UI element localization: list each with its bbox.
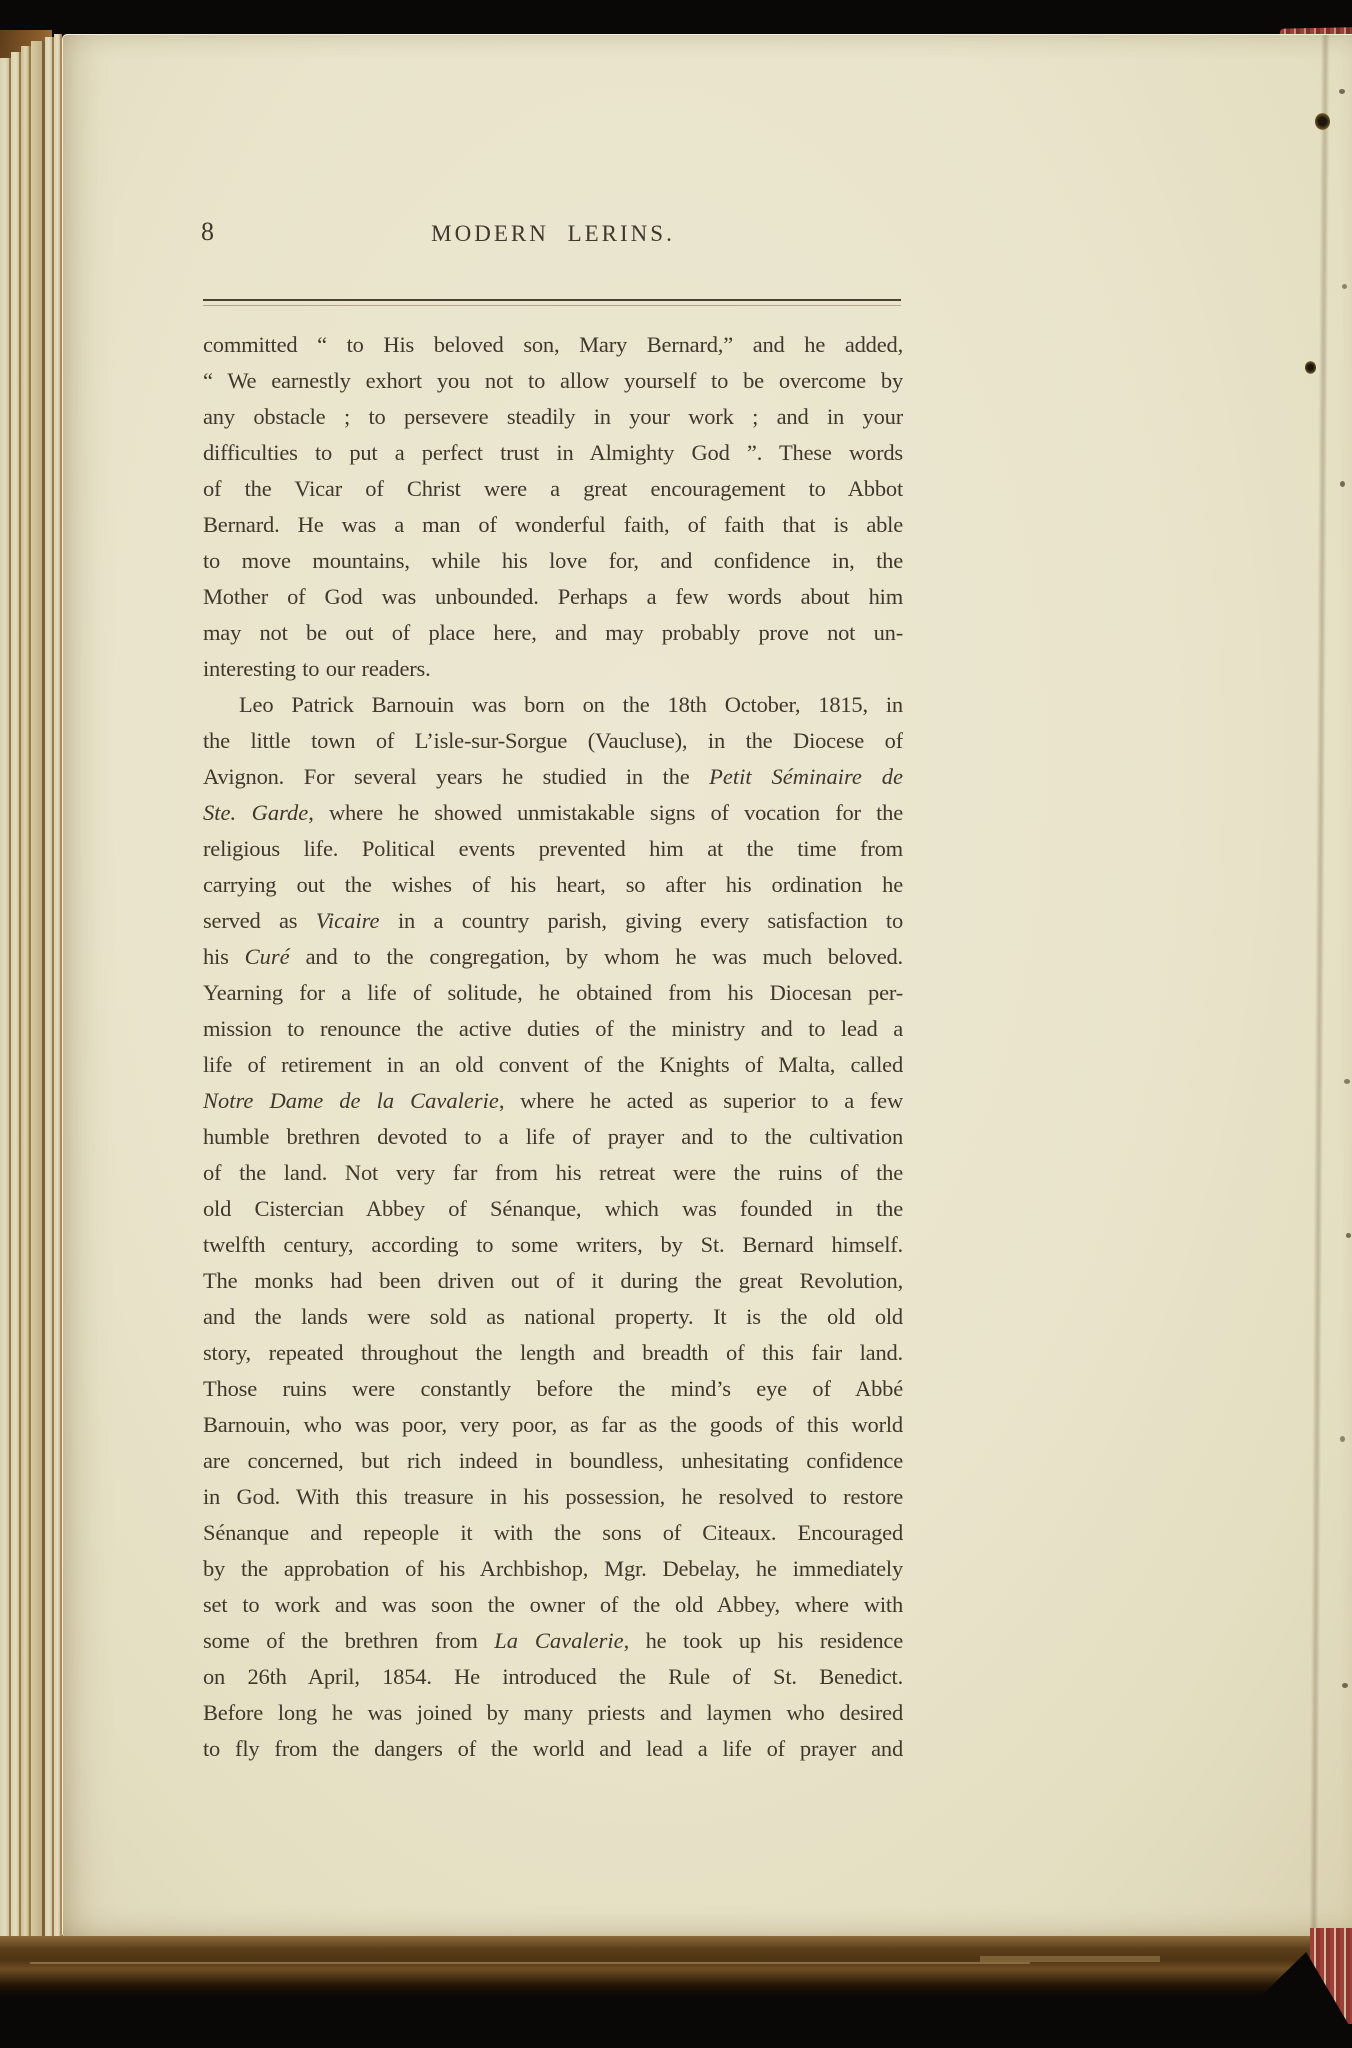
text-line: are concerned, but rich indeed in boundl… — [203, 1443, 903, 1479]
text-line: to move mountains, while his love for, a… — [203, 543, 903, 579]
ink-speck — [1344, 1079, 1350, 1084]
book-scan: 8 MODERN LERINS. committed “ to His belo… — [0, 0, 1352, 2048]
text-line: and the lands were sold as national prop… — [203, 1299, 903, 1335]
text-line: life of retirement in an old convent of … — [203, 1047, 903, 1083]
ink-speck — [1342, 284, 1347, 289]
text-line: on 26th April, 1854. He introduced the R… — [203, 1659, 903, 1695]
cover-highlight-line — [980, 1956, 1160, 1962]
page-edge — [45, 37, 54, 1970]
text-line: story, repeated throughout the length an… — [203, 1335, 903, 1371]
text-line: his Curé and to the congregation, by who… — [203, 939, 903, 975]
text-line: carrying out the wishes of his heart, so… — [203, 867, 903, 903]
text-line: Avignon. For several years he studied in… — [203, 759, 903, 795]
page-edge — [0, 58, 11, 1970]
text-line: may not be out of place here, and may pr… — [203, 615, 903, 651]
ink-speck — [1340, 1436, 1345, 1442]
text-line: Ste. Garde, where he showed unmistakable… — [203, 795, 903, 831]
text-line: by the approbation of his Archbishop, Mg… — [203, 1551, 903, 1587]
text-line: to fly from the dangers of the world and… — [203, 1731, 903, 1767]
text-line: Notre Dame de la Cavalerie, where he act… — [203, 1083, 903, 1119]
book-cover-bottom-edge — [0, 1936, 1352, 1996]
ink-speck — [1346, 1233, 1351, 1238]
ink-speck — [1342, 1683, 1348, 1688]
text-line: Leo Patrick Barnouin was born on the 18t… — [203, 687, 903, 723]
text-line: served as Vicaire in a country parish, g… — [203, 903, 903, 939]
text-line: Bernard. He was a man of wonderful faith… — [203, 507, 903, 543]
text-line: interesting to our readers. — [203, 651, 903, 687]
cover-highlight-line — [30, 1962, 1030, 1964]
text-block: committed “ to His beloved son, Mary Ber… — [203, 327, 903, 1767]
text-line: some of the brethren from La Cavalerie, … — [203, 1623, 903, 1659]
page-edge — [21, 46, 31, 1970]
text-line: humble brethren devoted to a life of pra… — [203, 1119, 903, 1155]
wormhole — [1315, 113, 1330, 130]
text-line: the little town of L’isle-sur-Sorgue (Va… — [203, 723, 903, 759]
text-line: mission to renounce the active duties of… — [203, 1011, 903, 1047]
text-line: set to work and was soon the owner of th… — [203, 1587, 903, 1623]
text-line: Barnouin, who was poor, very poor, as fa… — [203, 1407, 903, 1443]
text-line: of the Vicar of Christ were a great enco… — [203, 471, 903, 507]
text-line: in God. With this treasure in his posses… — [203, 1479, 903, 1515]
ink-speck — [1340, 481, 1345, 487]
text-line: religious life. Political events prevent… — [203, 831, 903, 867]
text-line: Before long he was joined by many priest… — [203, 1695, 903, 1731]
page-edge — [54, 34, 62, 1970]
text-line: “ We earnestly exhort you not to allow y… — [203, 363, 903, 399]
text-line: twelfth century, according to some write… — [203, 1227, 903, 1263]
text-line: of the land. Not very far from his retre… — [203, 1155, 903, 1191]
text-line: Sénanque and repeople it with the sons o… — [203, 1515, 903, 1551]
page-edge — [11, 52, 21, 1970]
text-line: Those ruins were constantly before the m… — [203, 1371, 903, 1407]
text-line: old Cistercian Abbey of Sénanque, which … — [203, 1191, 903, 1227]
page-edge — [31, 41, 45, 1970]
wormhole — [1305, 361, 1316, 374]
book-page: 8 MODERN LERINS. committed “ to His belo… — [62, 34, 1352, 1937]
text-line: committed “ to His beloved son, Mary Ber… — [203, 327, 903, 363]
text-line: difficulties to put a perfect trust in A… — [203, 435, 903, 471]
page-crease — [1309, 35, 1330, 1937]
text-line: any obstacle ; to persevere steadily in … — [203, 399, 903, 435]
text-line: The monks had been driven out of it duri… — [203, 1263, 903, 1299]
header-rule — [203, 299, 901, 307]
text-line: Mother of God was unbounded. Perhaps a f… — [203, 579, 903, 615]
running-title: MODERN LERINS. — [203, 221, 903, 247]
text-line: Yearning for a life of solitude, he obta… — [203, 975, 903, 1011]
ink-speck — [1339, 89, 1345, 94]
